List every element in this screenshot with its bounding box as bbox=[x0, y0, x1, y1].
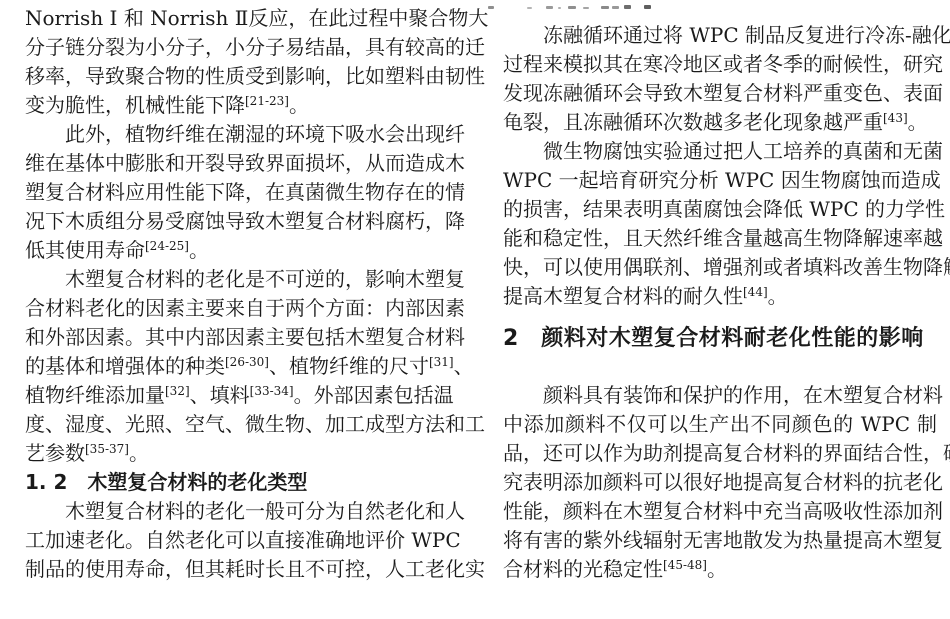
citation-ref: [44] bbox=[743, 285, 768, 299]
body-text-line: 移率，导致聚合物的性质受到影响，比如塑料由韧性 bbox=[25, 62, 449, 91]
scan-artifact-dash bbox=[583, 7, 589, 9]
body-text-line: 合材料老化的因素主要来自于两个方面：内部因素 bbox=[25, 294, 449, 323]
scan-artifact-dash bbox=[644, 5, 651, 9]
scan-artifact-dash bbox=[568, 6, 576, 9]
body-text-line: 植物纤维添加量[32]、填料[33-34]。外部因素包括温 bbox=[25, 381, 449, 410]
body-text-line: 分子链分裂为小分子，小分子易结晶，具有较高的迁 bbox=[25, 33, 449, 62]
body-text-line: 变为脆性，机械性能下降[21-23]。 bbox=[25, 91, 449, 120]
body-text-line: 究表明添加颜料可以很好地提高复合材料的抗老化 bbox=[503, 468, 937, 497]
body-text-line: 龟裂，且冻融循环次数越多老化现象越严重[43]。 bbox=[503, 108, 937, 137]
body-text-line: 性能，颜料在木塑复合材料中充当高吸收性添加剂 bbox=[503, 497, 937, 526]
text-column-left: Norrish Ⅰ 和 Norrish Ⅱ反应，在此过程中聚合物大分子链分裂为小… bbox=[25, 4, 449, 584]
citation-ref: [32] bbox=[165, 384, 190, 398]
paper-page: Norrish Ⅰ 和 Norrish Ⅱ反应，在此过程中聚合物大分子链分裂为小… bbox=[0, 0, 950, 619]
citation-ref: [31] bbox=[429, 355, 454, 369]
scan-artifact-dash bbox=[558, 7, 561, 9]
scan-artifact-dash bbox=[601, 6, 609, 9]
scan-artifact-dash bbox=[612, 6, 619, 9]
body-text-line: 颜料具有装饰和保护的作用，在木塑复合材料 bbox=[503, 381, 937, 410]
body-text-line: 合材料的光稳定性[45-48]。 bbox=[503, 555, 937, 584]
scan-artifact-dash bbox=[488, 6, 494, 9]
citation-ref: [45-48] bbox=[663, 558, 707, 572]
body-text-line: 工加速老化。自然老化可以直接准确地评价 WPC bbox=[25, 526, 449, 555]
body-text-line: 冻融循环通过将 WPC 制品反复进行冷冻-融化 bbox=[503, 21, 937, 50]
body-text-line: 过程来模拟其在寒冷地区或者冬季的耐候性，研究 bbox=[503, 50, 937, 79]
text-column-right: 冻融循环通过将 WPC 制品反复进行冷冻-融化过程来模拟其在寒冷地区或者冬季的耐… bbox=[503, 21, 937, 584]
body-text-line: 微生物腐蚀实验通过把人工培养的真菌和无菌 bbox=[503, 137, 937, 166]
body-text-line: Norrish Ⅰ 和 Norrish Ⅱ反应，在此过程中聚合物大 bbox=[25, 4, 449, 33]
body-text-line: 能和稳定性，且天然纤维含量越高生物降解速率越 bbox=[503, 224, 937, 253]
body-text-line: 发现冻融循环会导致木塑复合材料严重变色、表面 bbox=[503, 79, 937, 108]
citation-ref: [24-25] bbox=[145, 239, 189, 253]
subsection-heading: 1. 2 木塑复合材料的老化类型 bbox=[25, 468, 449, 497]
body-text-line: 快，可以使用偶联剂、增强剂或者填料改善生物降解 bbox=[503, 253, 937, 282]
body-text-line: 塑复合材料应用性能下降，在真菌微生物存在的情 bbox=[25, 178, 449, 207]
scan-artifact-dash bbox=[624, 5, 631, 9]
body-text-line: 和外部因素。其中内部因素主要包括木塑复合材料 bbox=[25, 323, 449, 352]
scan-artifact-dash bbox=[527, 7, 532, 9]
scan-artifact-dash bbox=[546, 6, 553, 9]
body-text-line: 品，还可以作为助剂提高复合材料的界面结合性，研 bbox=[503, 439, 937, 468]
citation-ref: [35-37] bbox=[85, 442, 129, 456]
body-text-line: 的损害，结果表明真菌腐蚀会降低 WPC 的力学性 bbox=[503, 195, 937, 224]
body-text-line: 中添加颜料不仅可以生产出不同颜色的 WPC 制 bbox=[503, 410, 937, 439]
body-text-line: 提高木塑复合材料的耐久性[44]。 bbox=[503, 282, 937, 311]
body-text-line: 低其使用寿命[24-25]。 bbox=[25, 236, 449, 265]
body-text-line: 况下木质组分易受腐蚀导致木塑复合材料腐朽，降 bbox=[25, 207, 449, 236]
body-text-line: 的基体和增强体的种类[26-30]、植物纤维的尺寸[31]、 bbox=[25, 352, 449, 381]
body-text-line: 制品的使用寿命，但其耗时长且不可控，人工老化实 bbox=[25, 555, 449, 584]
body-text-line: 木塑复合材料的老化是不可逆的，影响木塑复 bbox=[25, 265, 449, 294]
section-heading: 2 颜料对木塑复合材料耐老化性能的影响 bbox=[503, 317, 937, 361]
citation-ref: [26-30] bbox=[225, 355, 269, 369]
body-text-line: 将有害的紫外线辐射无害地散发为热量提高木塑复 bbox=[503, 526, 937, 555]
citation-ref: [33-34] bbox=[250, 384, 294, 398]
body-text-line: 度、湿度、光照、空气、微生物、加工成型方法和工 bbox=[25, 410, 449, 439]
citation-ref: [21-23] bbox=[245, 94, 289, 108]
body-text-line: 艺参数[35-37]。 bbox=[25, 439, 449, 468]
citation-ref: [43] bbox=[883, 111, 908, 125]
body-text-line: WPC 一起培育研究分析 WPC 因生物腐蚀而造成 bbox=[503, 166, 937, 195]
body-text-line: 维在基体中膨胀和开裂导致界面损坏，从而造成木 bbox=[25, 149, 449, 178]
body-text-line: 此外，植物纤维在潮湿的环境下吸水会出现纤 bbox=[25, 120, 449, 149]
body-text-line: 木塑复合材料的老化一般可分为自然老化和人 bbox=[25, 497, 449, 526]
